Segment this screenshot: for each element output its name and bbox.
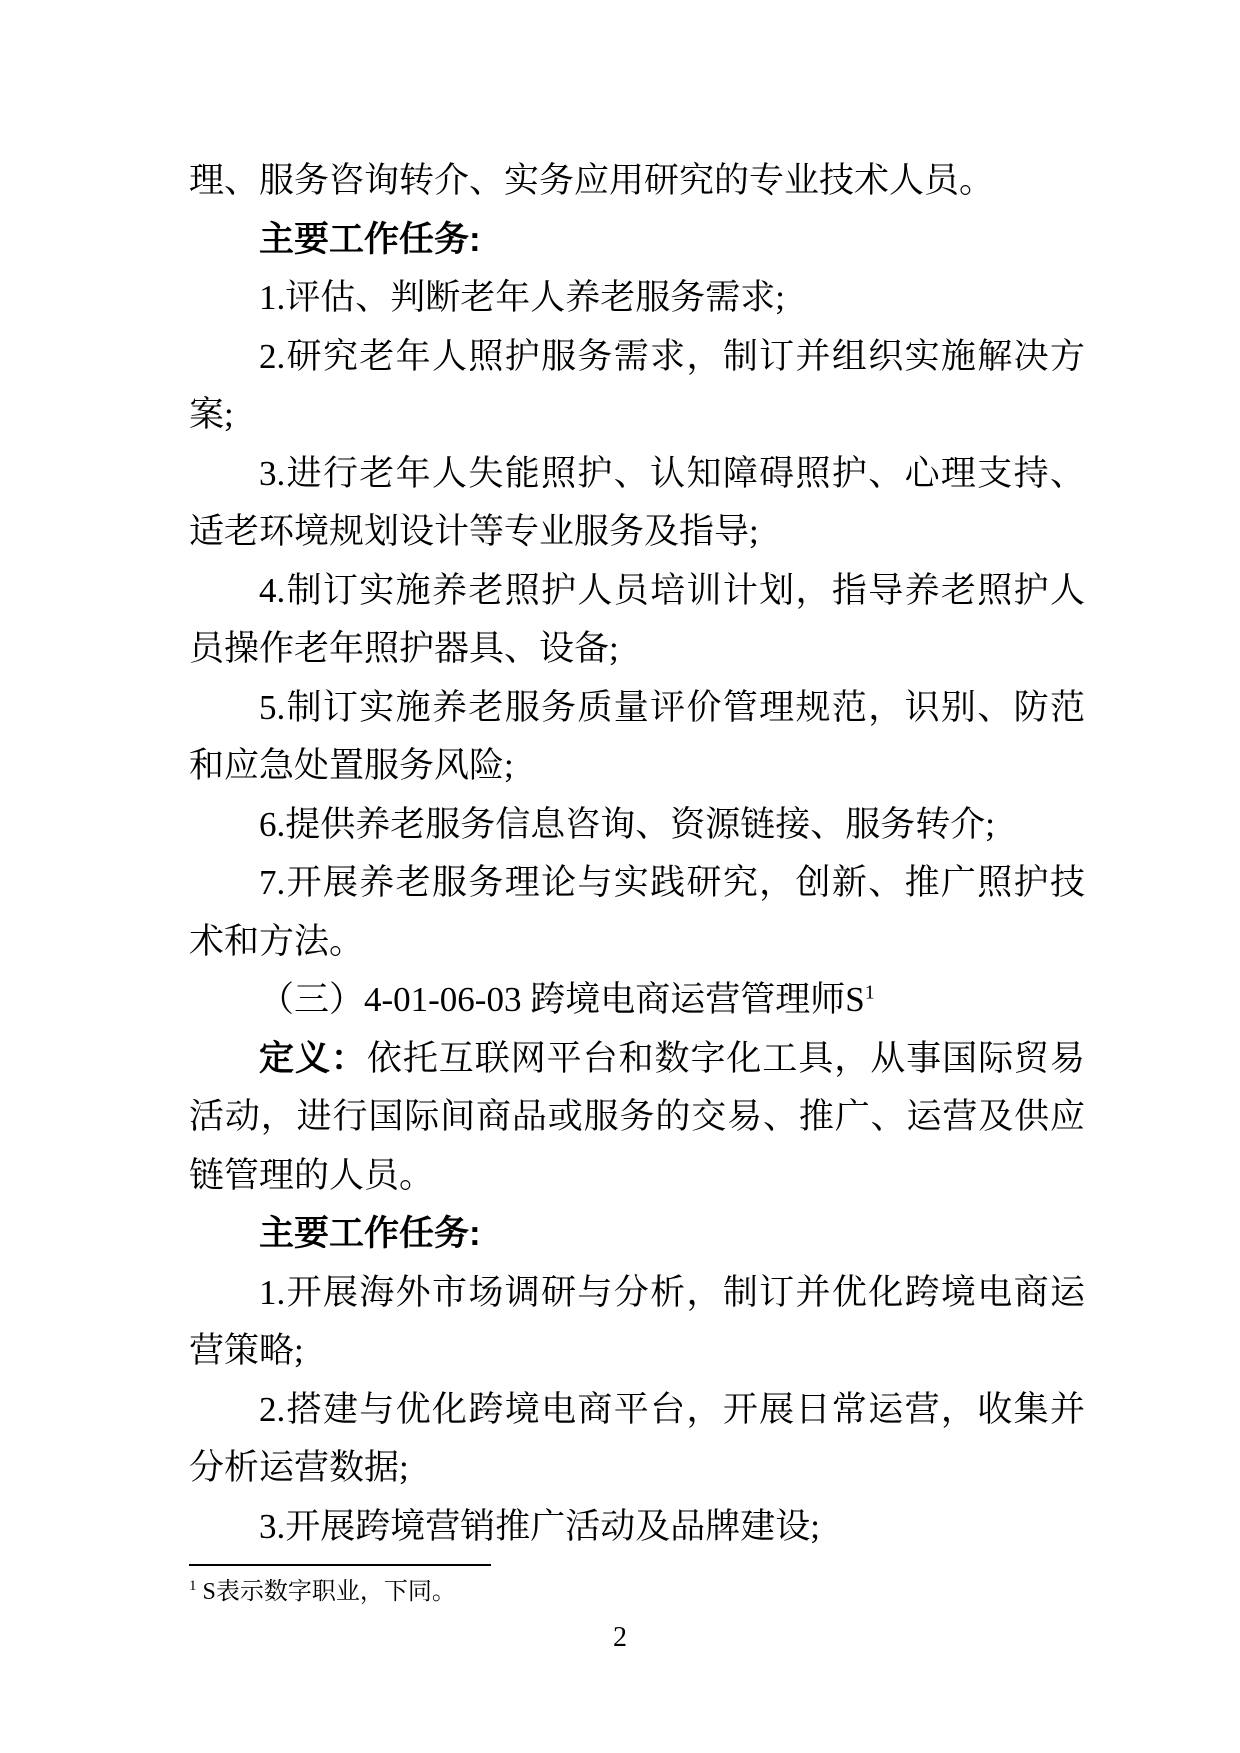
text-line: 术和方法。 xyxy=(189,913,1085,972)
text-segment: （三）4-01-06-03 跨境电商运营管理师S xyxy=(259,980,865,1019)
text-line: 3.进行老年人失能照护、认知障碍照护、心理支持、 xyxy=(189,445,1085,504)
text-line: 1.开展海外市场调研与分析，制订并优化跨境电商运 xyxy=(189,1264,1085,1323)
document-body: 理、服务咨询转介、实务应用研究的专业技术人员。主要工作任务:1.评估、判断老年人… xyxy=(189,152,1085,1556)
text-line: 营策略; xyxy=(189,1322,1085,1381)
text-segment: 案; xyxy=(189,395,234,434)
page-number: 2 xyxy=(0,1622,1240,1654)
text-segment: 术和方法。 xyxy=(189,922,364,961)
text-segment: 活动，进行国际间商品或服务的交易、推广、运营及供应 xyxy=(189,1097,1085,1136)
text-line: 链管理的人员。 xyxy=(189,1147,1085,1206)
text-line: 员操作老年照护器具、设备; xyxy=(189,620,1085,679)
footnote-text: S表示数字职业，下同。 xyxy=(203,1579,456,1605)
text-line: 2.搭建与优化跨境电商平台，开展日常运营，收集并 xyxy=(189,1381,1085,1440)
footnote: 1S表示数字职业，下同。 xyxy=(189,1576,456,1608)
text-segment: 4.制订实施养老照护人员培训计划，指导养老照护人 xyxy=(259,571,1085,610)
text-segment: 链管理的人员。 xyxy=(189,1156,434,1195)
text-segment: 1.开展海外市场调研与分析，制订并优化跨境电商运 xyxy=(259,1273,1085,1312)
text-segment: 6.提供养老服务信息咨询、资源链接、服务转介; xyxy=(259,805,995,844)
document-page: 理、服务咨询转介、实务应用研究的专业技术人员。主要工作任务:1.评估、判断老年人… xyxy=(0,0,1240,1753)
text-line: 适老环境规划设计等专业服务及指导; xyxy=(189,503,1085,562)
text-segment: 和应急处置服务风险; xyxy=(189,746,514,785)
text-line: 理、服务咨询转介、实务应用研究的专业技术人员。 xyxy=(189,152,1085,211)
text-line: 定义：依托互联网平台和数字化工具，从事国际贸易 xyxy=(189,1030,1085,1089)
text-line: 6.提供养老服务信息咨询、资源链接、服务转介; xyxy=(189,796,1085,855)
bold-text-segment: 定义： xyxy=(259,1039,367,1078)
text-segment: 1.评估、判断老年人养老服务需求; xyxy=(259,278,785,317)
text-line: 2.研究老年人照护服务需求，制订并组织实施解决方 xyxy=(189,328,1085,387)
text-line: （三）4-01-06-03 跨境电商运营管理师S1 xyxy=(189,971,1085,1030)
text-segment: 员操作老年照护器具、设备; xyxy=(189,629,619,668)
text-line: 分析运营数据; xyxy=(189,1439,1085,1498)
text-segment: 5.制订实施养老服务质量评价管理规范，识别、防范 xyxy=(259,688,1085,727)
text-segment: 3.进行老年人失能照护、认知障碍照护、心理支持、 xyxy=(259,454,1085,493)
text-segment: 2.搭建与优化跨境电商平台，开展日常运营，收集并 xyxy=(259,1390,1085,1429)
footnote-separator xyxy=(189,1564,491,1566)
text-segment: 依托互联网平台和数字化工具，从事国际贸易 xyxy=(367,1039,1085,1078)
superscript-footnote-ref: 1 xyxy=(865,981,875,1003)
text-line: 4.制订实施养老照护人员培训计划，指导养老照护人 xyxy=(189,562,1085,621)
text-segment: 分析运营数据; xyxy=(189,1448,409,1487)
bold-text-segment: 主要工作任务: xyxy=(259,1214,481,1253)
text-line: 活动，进行国际间商品或服务的交易、推广、运营及供应 xyxy=(189,1088,1085,1147)
text-line: 主要工作任务: xyxy=(189,1205,1085,1264)
bold-text-segment: 主要工作任务: xyxy=(259,220,481,259)
text-line: 7.开展养老服务理论与实践研究，创新、推广照护技 xyxy=(189,854,1085,913)
text-line: 3.开展跨境营销推广活动及品牌建设; xyxy=(189,1498,1085,1557)
text-line: 5.制订实施养老服务质量评价管理规范，识别、防范 xyxy=(189,679,1085,738)
text-line: 1.评估、判断老年人养老服务需求; xyxy=(189,269,1085,328)
text-segment: 营策略; xyxy=(189,1331,304,1370)
text-line: 和应急处置服务风险; xyxy=(189,737,1085,796)
text-line: 案; xyxy=(189,386,1085,445)
footnote-marker: 1 xyxy=(189,1578,197,1594)
text-segment: 2.研究老年人照护服务需求，制订并组织实施解决方 xyxy=(259,337,1085,376)
text-line: 主要工作任务: xyxy=(189,211,1085,270)
text-segment: 理、服务咨询转介、实务应用研究的专业技术人员。 xyxy=(189,161,994,200)
text-segment: 适老环境规划设计等专业服务及指导; xyxy=(189,512,759,551)
text-segment: 3.开展跨境营销推广活动及品牌建设; xyxy=(259,1507,820,1546)
text-segment: 7.开展养老服务理论与实践研究，创新、推广照护技 xyxy=(259,863,1085,902)
